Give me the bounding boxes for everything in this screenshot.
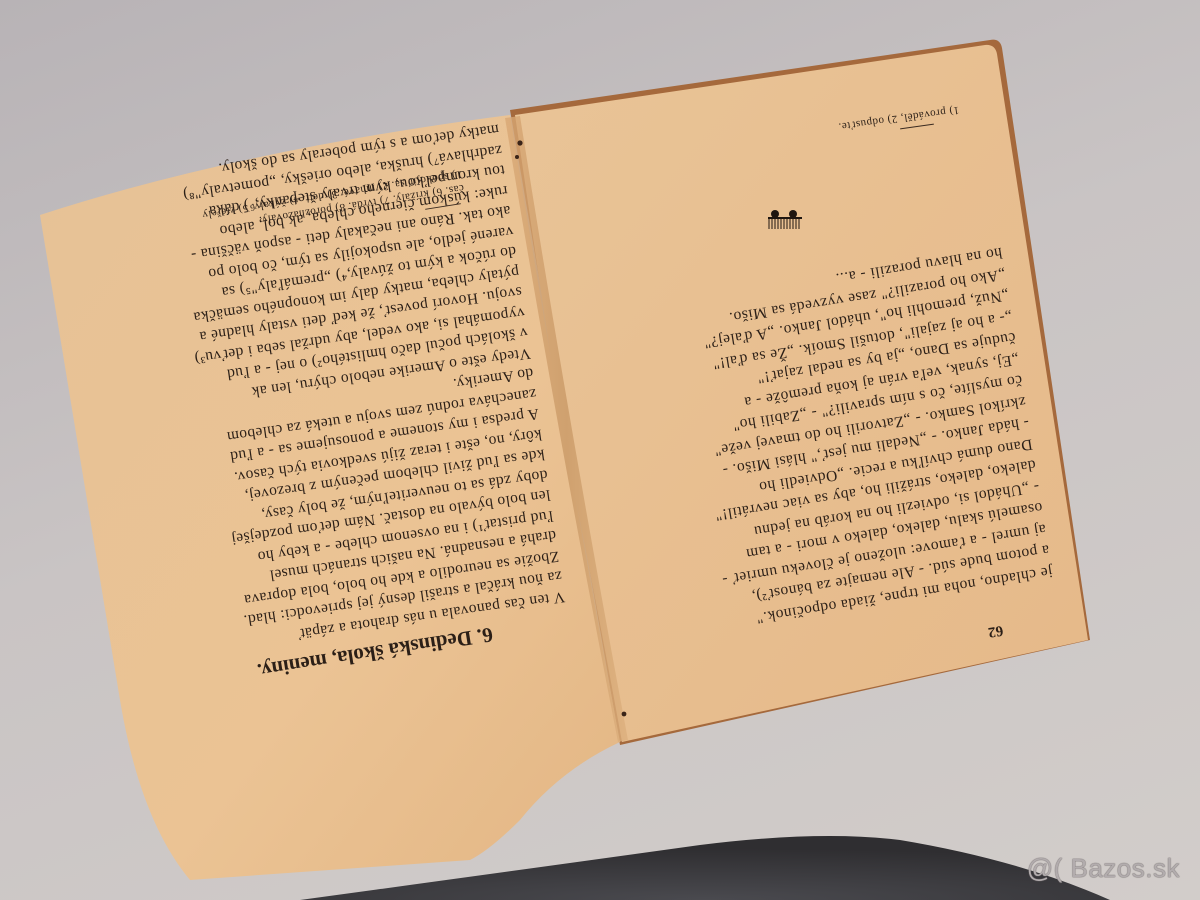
staple-bottom — [622, 712, 627, 717]
staple-dot — [515, 155, 519, 159]
staple-top — [517, 140, 522, 145]
photo-scene: 6. Dedinská škola, meniny. V ten čas pan… — [0, 0, 1200, 900]
bazos-watermark: @( Bazos.sk — [1027, 853, 1180, 884]
ornament-icon — [766, 210, 804, 230]
left-page-body: V ten čas panovala u nás drahota a zápäť… — [124, 210, 566, 660]
right-page-body: je chladno, noha mi trpne, žiada odpočin… — [606, 246, 1054, 644]
page-number: 62 — [987, 621, 1004, 640]
